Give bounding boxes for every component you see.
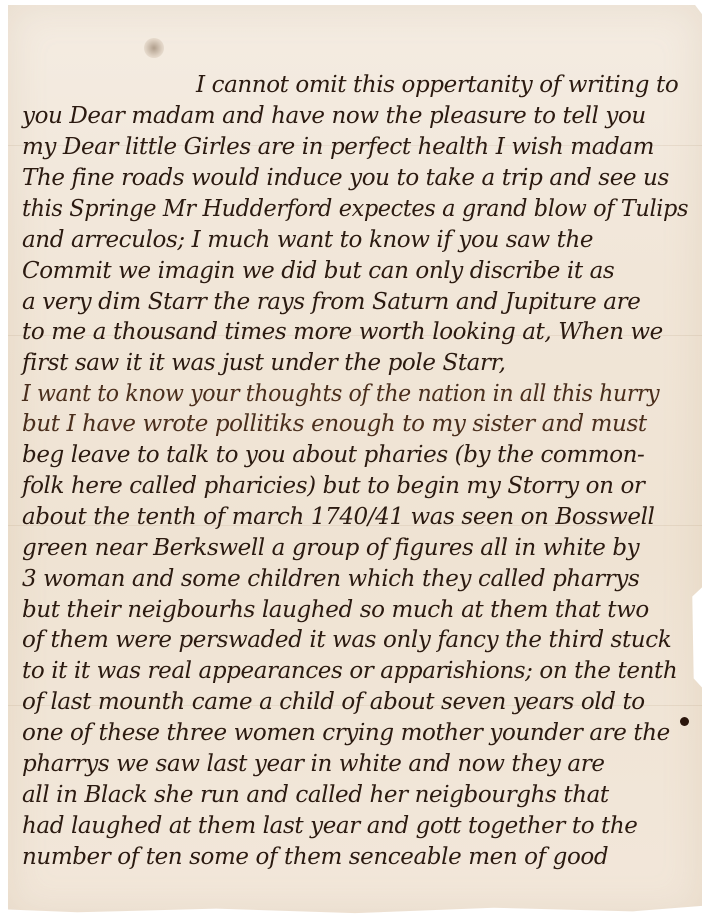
letter-line: but their neigbourhs laughed so much at … — [22, 597, 649, 623]
letter-line: all in Black she run and called her neig… — [22, 782, 609, 808]
letter-line: to it it was real appearances or apparis… — [22, 658, 677, 684]
letter-line: of them were perswaded it was only fancy… — [22, 627, 671, 653]
letter-line: and arreculos; I much want to know if yo… — [22, 227, 593, 253]
letter-line: first saw it it was just under the pole … — [22, 350, 506, 376]
letter-line: pharrys we saw last year in white and no… — [22, 751, 605, 777]
letter-line: green near Berkswell a group of figures … — [22, 535, 639, 561]
letter-line: about the tenth of march 1740/41 was see… — [22, 504, 655, 530]
letter-line: had laughed at them last year and gott t… — [22, 813, 638, 839]
letter-page: I cannot omit this oppertanity of writin… — [8, 5, 702, 915]
letter-line: The fine roads would induce you to take … — [22, 165, 669, 191]
letter-line: but I have wrote pollitiks enough to my … — [22, 411, 647, 437]
paper-stain — [144, 38, 164, 58]
letter-line: of last mounth came a child of about sev… — [22, 689, 645, 715]
letter-line: beg leave to talk to you about pharies (… — [22, 442, 644, 468]
letter-line: you Dear madam and have now the pleasure… — [22, 103, 646, 129]
letter-line: this Springe Mr Hudderford expectes a gr… — [22, 196, 688, 222]
letter-line: I cannot omit this oppertanity of writin… — [196, 72, 678, 98]
letter-line: Commit we imagin we did but can only dis… — [22, 258, 614, 284]
letter-line: my Dear little Girles are in perfect hea… — [22, 134, 654, 160]
letter-line: 3 woman and some children which they cal… — [22, 566, 639, 592]
letter-line: to me a thousand times more worth lookin… — [22, 319, 663, 345]
letter-line: I want to know your thoughts of the nati… — [22, 381, 659, 407]
letter-line: number of ten some of them senceable men… — [22, 844, 608, 870]
letter-line: folk here called pharicies) but to begin… — [22, 473, 645, 499]
ink-blot — [680, 717, 689, 726]
letter-line: a very dim Starr the rays from Saturn an… — [22, 289, 640, 315]
letter-line: one of these three women crying mother y… — [22, 720, 670, 746]
